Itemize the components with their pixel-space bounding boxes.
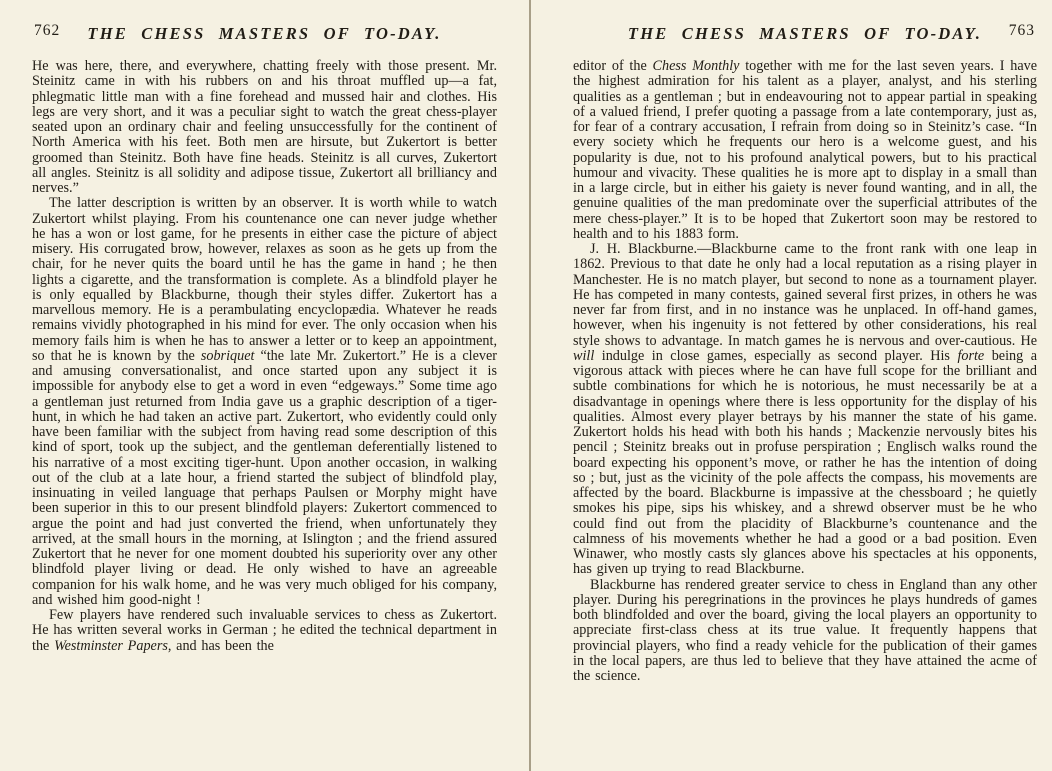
text-run: Blackburne has rendered greater service … [573,577,1037,685]
right-page-number: 763 [1009,22,1035,40]
text-run: J. H. Blackburne.—Blackburne came to the… [573,241,1037,349]
text-run: editor of the [573,58,653,74]
left-running-header: THE CHESS MASTERS OF TO-DAY. [32,20,497,44]
italic-text-run: sobriquet [201,348,255,364]
paragraph: J. H. Blackburne.—Blackburne came to the… [573,242,1037,578]
italic-text-run: will [573,348,594,364]
text-run: He was here, there, and everywhere, chat… [32,58,497,196]
text-run: “the late Mr. Zukertort.” He is a clever… [32,348,497,608]
italic-text-run: Chess Monthly [653,58,740,74]
text-run: together with me for the last seven year… [573,58,1037,242]
page-gutter-divider [529,0,531,771]
left-page: 762 THE CHESS MASTERS OF TO-DAY. He was … [32,20,497,654]
right-page-header: 763 THE CHESS MASTERS OF TO-DAY. [573,20,1037,50]
paragraph: Blackburne has rendered greater service … [573,578,1037,685]
text-run: , and has been the [168,638,274,654]
text-run: being a vigorous attack with pieces wher… [573,348,1037,578]
right-running-header: THE CHESS MASTERS OF TO-DAY. [573,20,1037,44]
right-page-body: editor of the Chess Monthly together wit… [573,59,1037,684]
left-page-number: 762 [34,22,60,40]
right-page: 763 THE CHESS MASTERS OF TO-DAY. editor … [573,20,1037,684]
paragraph: editor of the Chess Monthly together wit… [573,59,1037,242]
italic-text-run: Westminster Papers [54,638,168,654]
paragraph: The latter description is written by an … [32,196,497,608]
left-page-header: 762 THE CHESS MASTERS OF TO-DAY. [32,20,497,50]
left-page-body: He was here, there, and everywhere, chat… [32,59,497,654]
paragraph: He was here, there, and everywhere, chat… [32,59,497,196]
text-run: The latter description is written by an … [32,195,497,364]
italic-text-run: forte [957,348,984,364]
paragraph: Few players have rendered such invaluabl… [32,608,497,654]
text-run: indulge in close games, especially as se… [594,348,957,364]
